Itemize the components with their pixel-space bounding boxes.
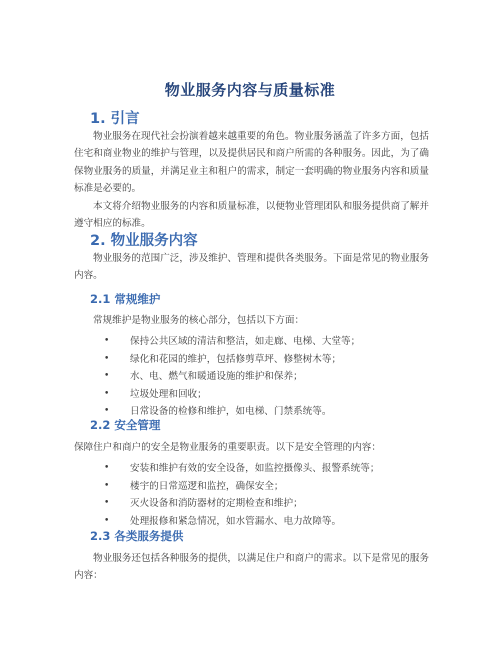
subsection-heading-services-provided: 2.3 各类服务提供 [90,528,183,544]
paragraph-text: 物业服务在现代社会扮演着越来越重要的角色。物业服务涵盖了许多方面，包括住宅和商业… [74,131,429,194]
bullet-icon: • [104,351,109,369]
paragraph-text: 物业服务的范围广泛，涉及维护、管理和提供各类服务。下面是常见的物业服务内容。 [74,253,429,281]
list-item-text: 安装和维护有效的安全设备，如监控摄像头、报警系统等； [130,463,379,474]
list-item: •安装和维护有效的安全设备，如监控摄像头、报警系统等； [104,460,434,478]
paragraph: 物业服务的范围广泛，涉及维护、管理和提供各类服务。下面是常见的物业服务内容。 [74,250,429,285]
list-item: •灭火设备和消防器材的定期检查和维护； [104,495,434,513]
paragraph: 保障住户和商户的安全是物业服务的重要职责。以下是安全管理的内容： [74,439,429,456]
bullet-list-routine-maintenance: •保持公共区域的清洁和整洁，如走廊、电梯、大堂等； •绿化和花园的维护，包括修剪… [104,333,434,421]
document-page: 物业服务内容与质量标准 1. 引言 物业服务在现代社会扮演着越来越重要的角色。物… [0,0,500,647]
list-item-text: 灭火设备和消防器材的定期检查和维护； [130,498,303,509]
list-item-text: 垃圾处理和回收； [130,389,207,400]
bullet-icon: • [104,333,109,351]
bullet-icon: • [104,386,109,404]
list-item: •楼宇的日常巡逻和监控，确保安全； [104,478,434,496]
paragraph: 物业服务还包括各种服务的提供，以满足住户和商户的需求。以下是常见的服务内容： [74,550,429,585]
list-item-text: 日常设备的检修和维护，如电梯、门禁系统等。 [130,406,331,417]
section-heading-service-content: 2. 物业服务内容 [90,229,198,250]
list-item-text: 保持公共区域的清洁和整洁，如走廊、电梯、大堂等； [130,336,360,347]
paragraph: 物业服务在现代社会扮演着越来越重要的角色。物业服务涵盖了许多方面，包括住宅和商业… [74,128,429,197]
section-heading-introduction: 1. 引言 [90,107,140,128]
paragraph-text: 物业服务还包括各种服务的提供，以满足住户和商户的需求。以下是常见的服务内容： [74,553,429,581]
list-item-text: 水、电、燃气和暖通设施的维护和保养； [130,371,303,382]
paragraph: 本文将介绍物业服务的内容和质量标准，以便物业管理团队和服务提供商了解并遵守相应的… [74,198,429,233]
bullet-list-security-management: •安装和维护有效的安全设备，如监控摄像头、报警系统等； •楼宇的日常巡逻和监控，… [104,460,434,530]
subsection-heading-routine-maintenance: 2.1 常规维护 [90,291,160,307]
list-item: •保持公共区域的清洁和整洁，如走廊、电梯、大堂等； [104,333,434,351]
list-item-text: 楼宇的日常巡逻和监控，确保安全； [130,481,284,492]
bullet-icon: • [104,368,109,386]
list-item: •绿化和花园的维护，包括修剪草坪、修整树木等； [104,351,434,369]
list-item-text: 绿化和花园的维护，包括修剪草坪、修整树木等； [130,354,341,365]
paragraph-text: 本文将介绍物业服务的内容和质量标准，以便物业管理团队和服务提供商了解并遵守相应的… [74,201,429,229]
document-title: 物业服务内容与质量标准 [0,79,500,100]
bullet-icon: • [104,478,109,496]
subsection-heading-security-management: 2.2 安全管理 [90,417,160,433]
paragraph-text: 保障住户和商户的安全是物业服务的重要职责。以下是安全管理的内容： [74,442,381,453]
paragraph: 常规维护是物业服务的核心部分，包括以下方面： [74,312,429,329]
bullet-icon: • [104,495,109,513]
list-item-text: 处理报修和紧急情况，如水管漏水、电力故障等。 [130,516,341,527]
list-item: •垃圾处理和回收； [104,386,434,404]
list-item: •水、电、燃气和暖通设施的维护和保养； [104,368,434,386]
bullet-icon: • [104,460,109,478]
paragraph-text: 常规维护是物业服务的核心部分，包括以下方面： [93,315,304,326]
